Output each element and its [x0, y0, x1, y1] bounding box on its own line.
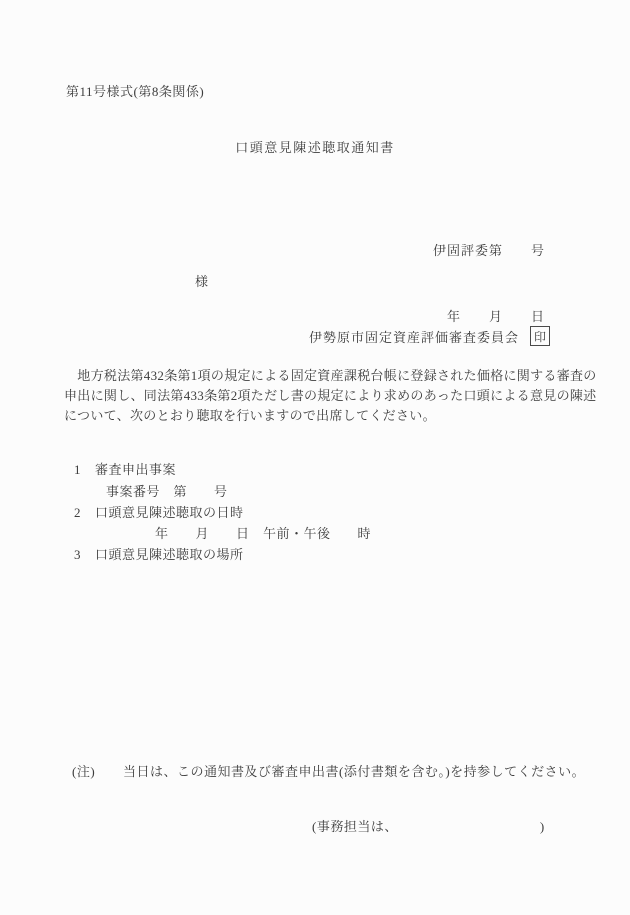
- body-line: 申出に関し、同法第433条第2項ただし書の規定により求めのあった口頭による意見の…: [64, 388, 596, 404]
- document-page: 第11号様式(第8条関係) 口頭意見陳述聴取通知書 伊固評委第 号 年 月 日 …: [0, 0, 630, 915]
- reference-number: 伊固評委第 号: [433, 240, 545, 262]
- issuer-row: 伊勢原市固定資産評価審査委員会 印: [309, 326, 550, 346]
- addressee-honorific: 様: [195, 274, 209, 290]
- issuer-name: 伊勢原市固定資産評価審査委員会: [309, 327, 519, 346]
- body-line: について、次のとおり聴取を行いますので出席してください。: [64, 408, 436, 424]
- datetime-line: 年 月 日 午前・午後 時: [155, 526, 371, 542]
- case-number-line: 事案番号 第 号: [106, 484, 228, 500]
- note-label: (注): [72, 764, 95, 780]
- document-title: 口頭意見陳述聴取通知書: [0, 140, 630, 156]
- item-1-label: 審査申出事案: [95, 462, 176, 478]
- seal-placeholder-icon: 印: [530, 326, 550, 346]
- item-3-number: 3: [74, 547, 81, 563]
- item-3-label: 口頭意見陳述聴取の場所: [95, 547, 244, 563]
- body-line: 地方税法第432条第1項の規定による固定資産課税台帳に登録された価格に関する審査…: [64, 368, 597, 384]
- item-1-number: 1: [74, 462, 81, 478]
- note-text: 当日は、この通知書及び審査申出書(添付書類を含む。)を持参してください。: [123, 764, 585, 780]
- date-placeholder: 年 月 日: [433, 306, 545, 328]
- form-number: 第11号様式(第8条関係): [66, 84, 204, 100]
- item-2-number: 2: [74, 505, 81, 521]
- admin-contact-line: (事務担当は、 ): [312, 819, 545, 835]
- item-2-label: 口頭意見陳述聴取の日時: [95, 505, 244, 521]
